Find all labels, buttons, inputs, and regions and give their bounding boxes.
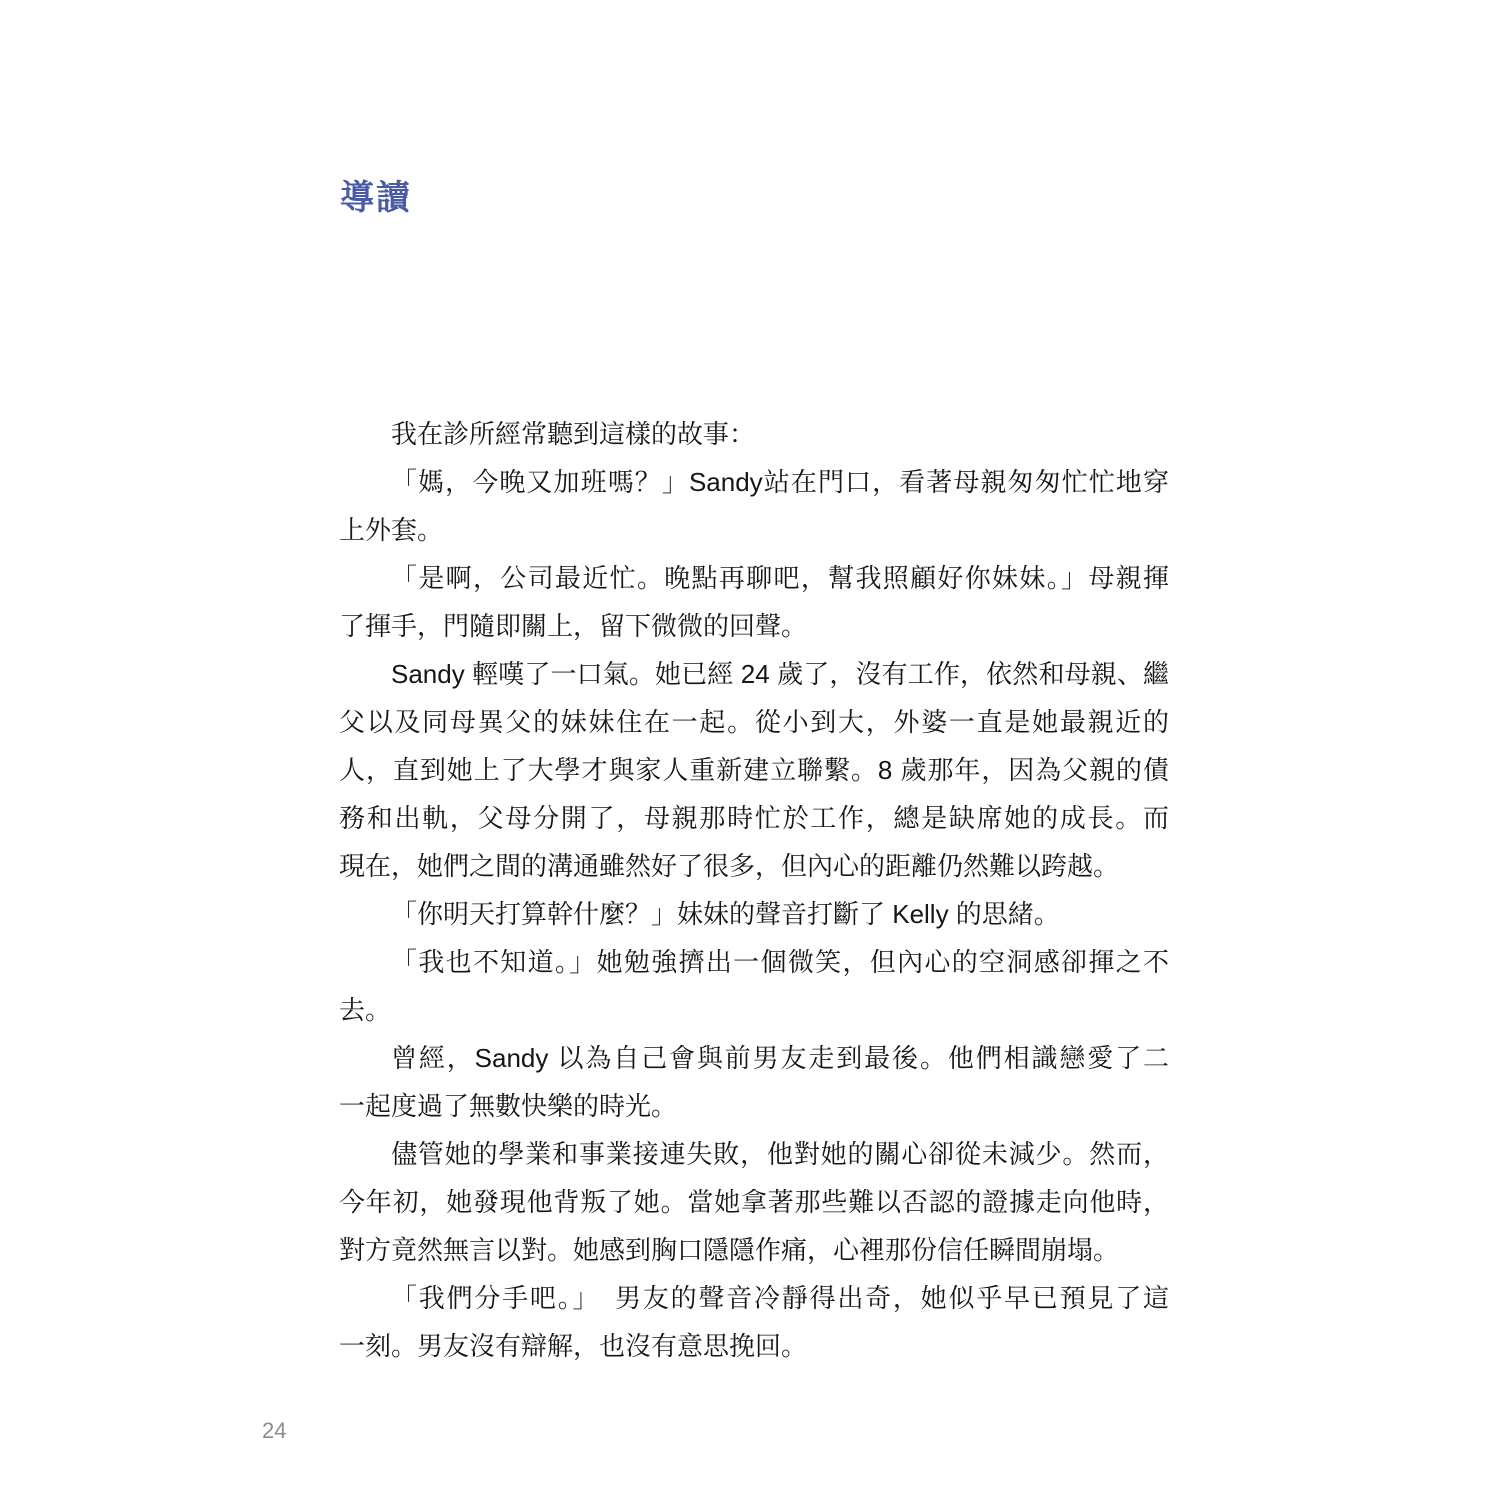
text-line: 父以及同母異父的妹妹住在一起。從小到大，外婆一直是她最親近的: [339, 698, 1169, 746]
book-page: 導讀 我在診所經常聽到這樣的故事： 「媽，今晚又加班嗎？」Sandy站在門口，看…: [0, 0, 1500, 1500]
text-line: 人，直到她上了大學才與家人重新建立聯繫。8 歲那年，因為父親的債: [339, 746, 1169, 794]
paragraph: 「我也不知道。」她勉強擠出一個微笑，但內心的空洞感卻揮之不 去。: [339, 938, 1169, 1034]
paragraph: 我在診所經常聽到這樣的故事：: [339, 410, 1169, 458]
text-line: 「我也不知道。」她勉強擠出一個微笑，但內心的空洞感卻揮之不: [339, 938, 1169, 986]
text-line: 一刻。男友沒有辯解，也沒有意思挽回。: [339, 1322, 1169, 1370]
text-line: 「媽，今晚又加班嗎？」Sandy站在門口，看著母親匆匆忙忙地穿: [339, 458, 1169, 506]
chapter-heading: 導讀: [340, 178, 412, 218]
text-line: 務和出軌，父母分開了，母親那時忙於工作，總是缺席她的成長。而: [339, 794, 1169, 842]
text-line: 上外套。: [339, 506, 1169, 554]
text-line: 「你明天打算幹什麼？」妹妹的聲音打斷了 Kelly 的思緒。: [339, 890, 1169, 938]
paragraph: 「媽，今晚又加班嗎？」Sandy站在門口，看著母親匆匆忙忙地穿 上外套。: [339, 458, 1169, 554]
paragraph: 曾經，Sandy 以為自己會與前男友走到最後。他們相識戀愛了二年， 一起度過了無…: [339, 1034, 1169, 1130]
text-line: 曾經，Sandy 以為自己會與前男友走到最後。他們相識戀愛了二年，: [339, 1034, 1169, 1082]
text-line: 去。: [339, 986, 1169, 1034]
text-line: 對方竟然無言以對。她感到胸口隱隱作痛，心裡那份信任瞬間崩塌。: [339, 1226, 1169, 1274]
paragraph: 「是啊，公司最近忙。晚點再聊吧，幫我照顧好你妹妹。」母親揮 了揮手，門隨即關上，…: [339, 554, 1169, 650]
text-line: 「我們分手吧。」 男友的聲音冷靜得出奇，她似乎早已預見了這: [339, 1274, 1169, 1322]
paragraph: 儘管她的學業和事業接連失敗，他對她的關心卻從未減少。然而， 今年初，她發現他背叛…: [339, 1130, 1169, 1274]
page-number: 24: [262, 1416, 286, 1446]
text-line: Sandy 輕嘆了一口氣。她已經 24 歲了，沒有工作，依然和母親、繼: [339, 650, 1169, 698]
text-line: 「是啊，公司最近忙。晚點再聊吧，幫我照顧好你妹妹。」母親揮: [339, 554, 1169, 602]
paragraph: 「你明天打算幹什麼？」妹妹的聲音打斷了 Kelly 的思緒。: [339, 890, 1169, 938]
text-line: 今年初，她發現他背叛了她。當她拿著那些難以否認的證據走向他時，: [339, 1178, 1169, 1226]
paragraph: Sandy 輕嘆了一口氣。她已經 24 歲了，沒有工作，依然和母親、繼 父以及同…: [339, 650, 1169, 890]
text-line: 我在診所經常聽到這樣的故事：: [339, 410, 1169, 458]
paragraph: 「我們分手吧。」 男友的聲音冷靜得出奇，她似乎早已預見了這 一刻。男友沒有辯解，…: [339, 1274, 1169, 1370]
body-text: 我在診所經常聽到這樣的故事： 「媽，今晚又加班嗎？」Sandy站在門口，看著母親…: [339, 410, 1169, 1370]
text-line: 了揮手，門隨即關上，留下微微的回聲。: [339, 602, 1169, 650]
text-line: 儘管她的學業和事業接連失敗，他對她的關心卻從未減少。然而，: [339, 1130, 1169, 1178]
text-line: 一起度過了無數快樂的時光。: [339, 1082, 1169, 1130]
text-line: 現在，她們之間的溝通雖然好了很多，但內心的距離仍然難以跨越。: [339, 842, 1169, 890]
